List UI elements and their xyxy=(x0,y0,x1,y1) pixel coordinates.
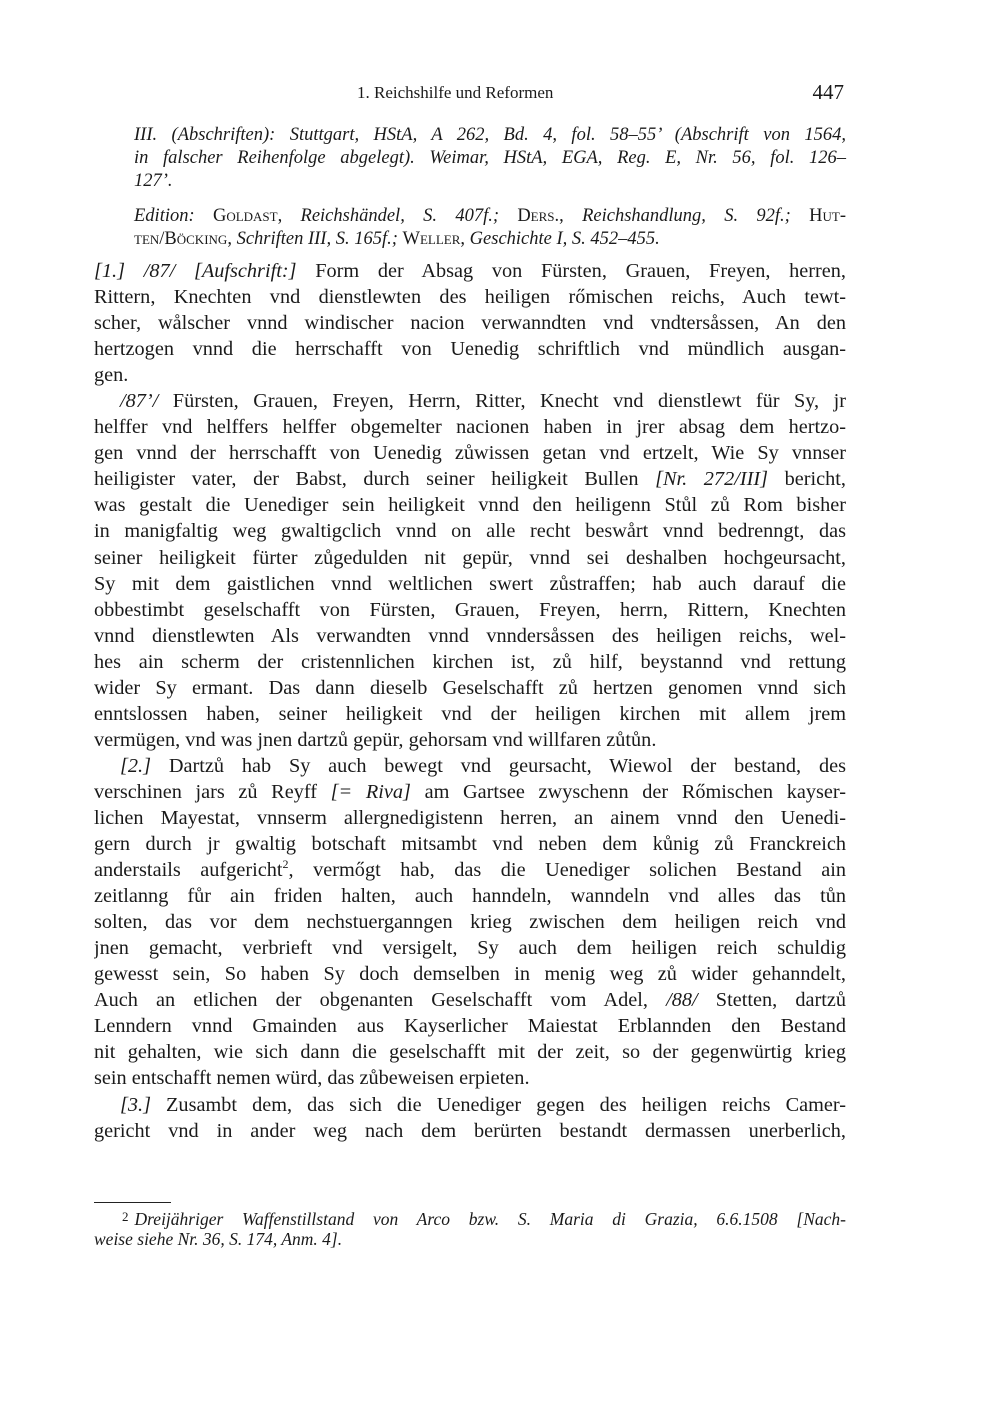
editorial-gloss: [= Riva] xyxy=(331,781,411,803)
section-marker: [2.] xyxy=(120,755,151,777)
text-line: gericht vnd in ander weg nach dem berürt… xyxy=(94,1118,846,1144)
line-text: verschinen jars zů Reyff xyxy=(94,781,317,803)
line-text: Fürsten, Grauen, Freyen, Herrn, Ritter, … xyxy=(173,390,846,412)
folio-marker: /88/ xyxy=(666,989,698,1011)
footnote-number: 2 xyxy=(94,1209,135,1224)
copies-line: III. (Abschriften): Stuttgart, HStA, A 2… xyxy=(134,124,846,147)
edition-line: Edition: Goldast, Reichshändel, S. 407f.… xyxy=(134,205,846,228)
edition-label: Edition: xyxy=(134,206,195,226)
text-line: helffer vnd helffers helffer obgemelter … xyxy=(94,414,846,440)
line-text: heiligister vater, der Babst, durch sein… xyxy=(94,468,638,490)
text-line: scher, wålscher vnnd windischer nacion v… xyxy=(94,310,846,336)
text-line: lichen Mayestat, vnnserm allergnedigiste… xyxy=(94,805,846,831)
text-line: heiligister vater, der Babst, durch sein… xyxy=(94,466,846,492)
footnote-line: weise siehe Nr. 36, S. 174, Anm. 4]. xyxy=(94,1229,846,1249)
text-line: nit gehalten, wie sich dann die geselsch… xyxy=(94,1039,846,1065)
line-text: , vermőgt hab, das die Uenediger soliche… xyxy=(289,859,846,881)
text-line: zeitlanng fůr ain friden halten, auch ha… xyxy=(94,883,846,909)
edition-line: ten/Böcking, Schriften III, S. 165f.; We… xyxy=(134,228,846,251)
line-text: Stetten, dartzů xyxy=(716,989,846,1011)
text-line: Lenndern vnnd Gmainden aus Kayserlicher … xyxy=(94,1013,846,1039)
text-line: /87’/ Fürsten, Grauen, Freyen, Herrn, Ri… xyxy=(94,388,846,414)
page-header: 1. Reichshilfe und Reformen 447 xyxy=(94,80,844,110)
cross-reference: [Nr. 272/III] xyxy=(655,468,768,490)
line-text: Zusambt dem, das sich die Uenediger gege… xyxy=(166,1094,846,1116)
author-goldast: Goldast xyxy=(213,206,278,226)
author-hutten-part1: Hut- xyxy=(809,206,846,226)
text-line: Auch an etlichen der obgenanten Geselsch… xyxy=(94,987,846,1013)
text-line: gewesst sein, So haben Sy doch demselben… xyxy=(94,961,846,987)
line-text: Form der Absag von Fürsten, Grauen, Frey… xyxy=(315,260,846,282)
text-line: was gestalt die Uenediger sein heiligkei… xyxy=(94,492,846,518)
text-line: [2.] Dartzů hab Sy auch bewegt vnd geurs… xyxy=(94,753,846,779)
main-text: [1.] /87/ [Aufschrift:] Form der Absag v… xyxy=(94,258,846,1144)
footnote: 2Dreijähriger Waffenstillstand von Arco … xyxy=(94,1207,846,1249)
ref-ders: Reichshandlung, S. 92f.; xyxy=(582,206,791,226)
aufschrift-label: [Aufschrift:] xyxy=(194,260,297,282)
text-line: [1.] /87/ [Aufschrift:] Form der Absag v… xyxy=(94,258,846,284)
line-text: bericht, xyxy=(785,468,846,490)
text-line: wider Sy ermant. Das dann dieselb Gesels… xyxy=(94,675,846,701)
line-text: am Gartsee zwyschenn der Rőmischen kayse… xyxy=(425,781,846,803)
section-marker: [1.] xyxy=(94,260,125,282)
text-line: solten, das vor dem nechstuerganngen kri… xyxy=(94,909,846,935)
copies-line: 127’. xyxy=(134,170,846,193)
text-line: sein entschafft nemen würd, das zůbeweis… xyxy=(94,1065,846,1091)
line-text: anderstails aufgericht xyxy=(94,859,283,881)
footnote-text: Dreijähriger Waffenstillstand von Arco b… xyxy=(135,1209,847,1229)
line-text: Auch an etlichen der obgenanten Geselsch… xyxy=(94,989,648,1011)
text-line: enntslossen haben, seiner heiligkeit vnd… xyxy=(94,701,846,727)
text-line: gen. xyxy=(94,362,846,388)
text-line: hes ain scherm der cristennlichen kirche… xyxy=(94,649,846,675)
text-line: vnnd dienstlewten Als verwandten vnnd vn… xyxy=(94,623,846,649)
footnote-line: 2Dreijähriger Waffenstillstand von Arco … xyxy=(94,1207,846,1229)
page-number: 447 xyxy=(813,80,845,105)
author-hutten-part2: ten/Böcking xyxy=(134,229,227,249)
section-marker: [3.] xyxy=(120,1094,151,1116)
text-line: verschinen jars zů Reyff [= Riva] am Gar… xyxy=(94,779,846,805)
folio-marker: /87/ xyxy=(144,260,176,282)
running-head: 1. Reichshilfe und Reformen xyxy=(357,83,553,103)
text-line: vermügen, vnd was jnen dartzů gepür, geh… xyxy=(94,727,846,753)
text-line: hertzogen vnnd die herrschafft von Uened… xyxy=(94,336,846,362)
text-line: [3.] Zusambt dem, das sich die Uenediger… xyxy=(94,1092,846,1118)
text-line: Rittern, Knechten vnd dienstlewten des h… xyxy=(94,284,846,310)
ref-weller: Geschichte I, S. 452–455. xyxy=(470,229,660,249)
text-line: gern durch jr gwaltig botschaft mitsambt… xyxy=(94,831,846,857)
line-text: Dartzů hab Sy auch bewegt vnd geursacht,… xyxy=(169,755,846,777)
copies-note: III. (Abschriften): Stuttgart, HStA, A 2… xyxy=(134,124,846,193)
text-line: Sy mit dem gaistlichen vnnd weltlichen s… xyxy=(94,571,846,597)
text-line: seiner heiligkeit fürter zůgedulden nit … xyxy=(94,545,846,571)
footnote-divider xyxy=(94,1202,171,1203)
folio-marker: /87’/ xyxy=(120,390,158,412)
text-line: anderstails aufgericht2, vermőgt hab, da… xyxy=(94,857,846,883)
edition-note: Edition: Goldast, Reichshändel, S. 407f.… xyxy=(134,205,846,251)
author-weller: Weller xyxy=(403,229,461,249)
copies-line: in falscher Reihenfolge abgelegt). Weima… xyxy=(134,147,846,170)
text-line: jnen gemacht, verbrieft vnd versigelt, S… xyxy=(94,935,846,961)
ref-hutten: Schriften III, S. 165f.; xyxy=(237,229,398,249)
text-line: obbestimbt geselschafft von Fürsten, Gra… xyxy=(94,597,846,623)
text-line: gen vnnd der herrschafft von Uenedig zůw… xyxy=(94,440,846,466)
author-ders: Ders. xyxy=(517,206,559,226)
ref-goldast: Reichshändel, S. 407f.; xyxy=(301,206,499,226)
text-line: in manigfaltig weg gwaltigclich vnnd on … xyxy=(94,518,846,544)
